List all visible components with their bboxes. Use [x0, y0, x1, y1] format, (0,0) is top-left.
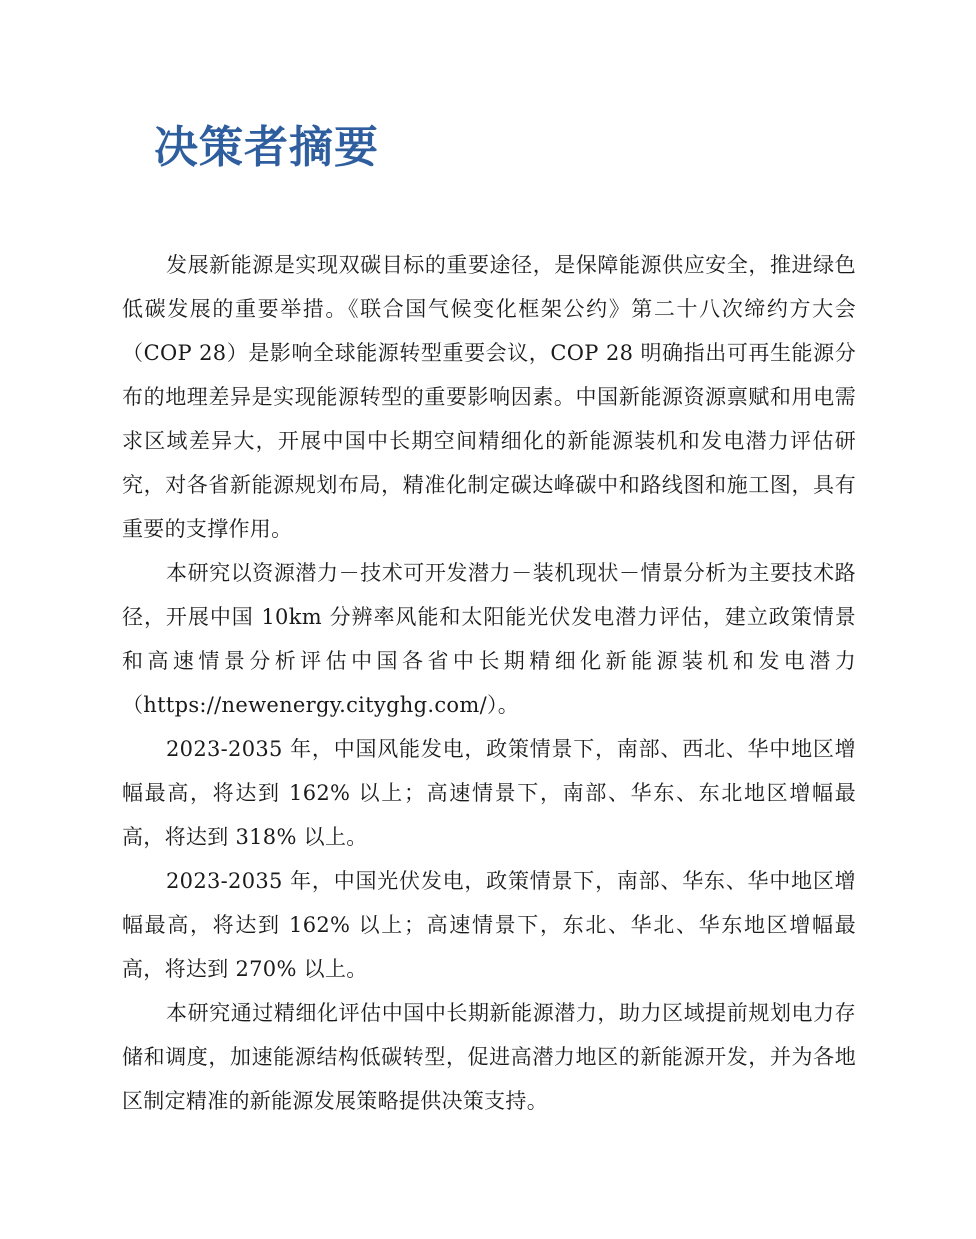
page-title: 决策者摘要 — [154, 118, 379, 178]
paragraph-conclusion: 本研究通过精细化评估中国中长期新能源潜力，助力区域提前规划电力存储和调度，加速能… — [122, 991, 856, 1123]
summary-body: 发展新能源是实现双碳目标的重要途径，是保障能源供应安全，推进绿色低碳发展的重要举… — [122, 243, 856, 1123]
paragraph-methodology: 本研究以资源潜力－技术可开发潜力－装机现状－情景分析为主要技术路径，开展中国 1… — [122, 551, 856, 727]
paragraph-solar-findings: 2023-2035 年，中国光伏发电，政策情景下，南部、华东、华中地区增幅最高，… — [122, 859, 856, 991]
paragraph-wind-findings: 2023-2035 年，中国风能发电，政策情景下，南部、西北、华中地区增幅最高，… — [122, 727, 856, 859]
paragraph-background: 发展新能源是实现双碳目标的重要途径，是保障能源供应安全，推进绿色低碳发展的重要举… — [122, 243, 856, 551]
